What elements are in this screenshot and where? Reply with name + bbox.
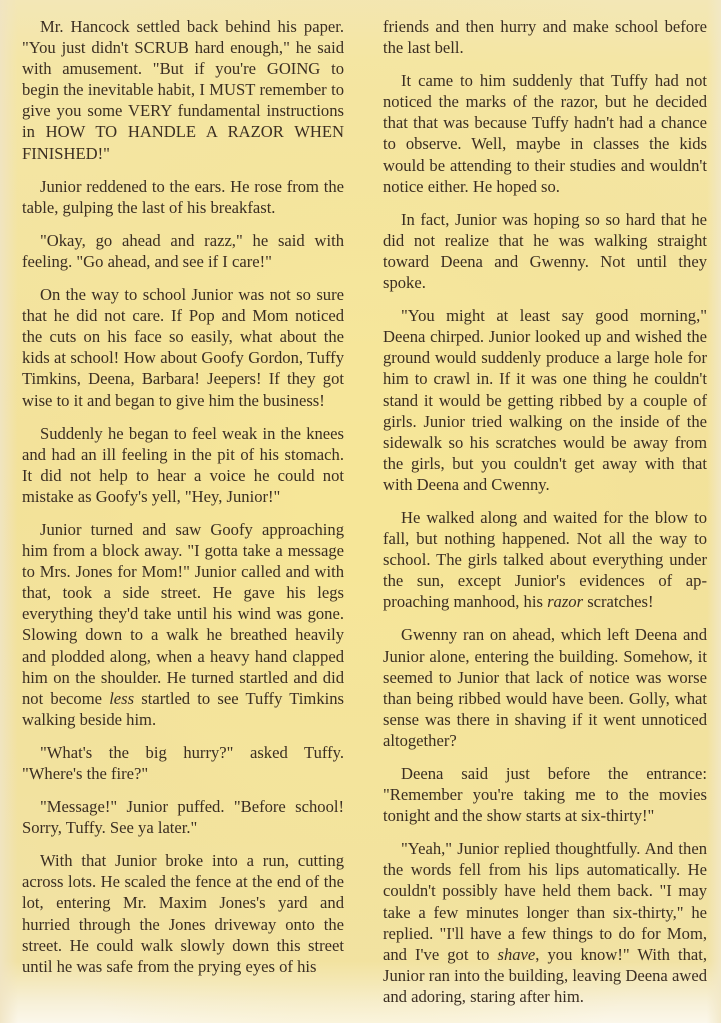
paragraph-text: In fact, Junior was hoping so so hard th… [383,210,707,292]
italic-emphasis: less [109,689,134,708]
left-text-column: Mr. Hancock settled back behind his pape… [22,16,344,989]
story-paragraph: "Okay, go ahead and razz," he said with … [22,230,344,272]
story-paragraph: "What's the big hurry?" asked Tuffy. "Wh… [22,742,344,784]
paragraph-text: With that Junior broke into a run, cutti… [22,851,344,975]
paragraph-text: Junior reddened to the ears. He rose fro… [22,177,344,217]
story-paragraph: Junior turned and saw Goofy approaching … [22,519,344,730]
story-paragraph: Deena said just before the entrance: "Re… [383,763,707,826]
story-paragraph: On the way to school Junior was not so s… [22,284,344,411]
story-paragraph: He walked along and waited for the blow … [383,507,707,612]
story-paragraph: "Message!" Junior puffed. "Before school… [22,796,344,838]
paragraph-text: Suddenly he began to feel weak in the kn… [22,424,344,506]
story-paragraph: Junior reddened to the ears. He rose fro… [22,176,344,218]
paragraph-text: Deena said just before the entrance: "Re… [383,764,707,825]
story-paragraph: "Yeah," Junior replied thoughtfully. And… [383,838,707,1007]
story-paragraph: It came to him suddenly that Tuffy had n… [383,70,707,197]
paragraph-text: It came to him suddenly that Tuffy had n… [383,71,707,195]
paragraph-text: "Message!" Junior puffed. "Before school… [22,797,344,837]
right-text-column: friends and then hurry and make school b… [383,16,707,1019]
paragraph-text: Gwenny ran on ahead, which left Deena an… [383,625,707,749]
story-paragraph: With that Junior broke into a run, cutti… [22,850,344,977]
paragraph-text: friends and then hurry and make school b… [383,17,707,57]
story-paragraph: Mr. Hancock settled back behind his pape… [22,16,344,164]
paragraph-text: Mr. Hancock settled back behind his pape… [22,17,344,163]
paragraph-text: On the way to school Junior was not so s… [22,285,344,409]
italic-emphasis: razor [547,592,583,611]
story-paragraph: "You might at least say good morning," D… [383,305,707,495]
paragraph-text: "What's the big hurry?" asked Tuffy. "Wh… [22,743,344,783]
paragraph-text: scratches! [583,592,653,611]
paragraph-text: He walked along and waited for the blow … [383,508,707,611]
story-paragraph: Suddenly he began to feel weak in the kn… [22,423,344,507]
scanned-page: Mr. Hancock settled back behind his pape… [0,0,721,1023]
story-paragraph: In fact, Junior was hoping so so hard th… [383,209,707,293]
paragraph-text: Junior turned and saw Goofy approaching … [22,520,344,708]
paragraph-text: "You might at least say good morning," D… [383,306,707,494]
story-paragraph: friends and then hurry and make school b… [383,16,707,58]
italic-emphasis: shave [498,945,536,964]
story-paragraph: Gwenny ran on ahead, which left Deena an… [383,624,707,751]
paragraph-text: "Okay, go ahead and razz," he said with … [22,231,344,271]
